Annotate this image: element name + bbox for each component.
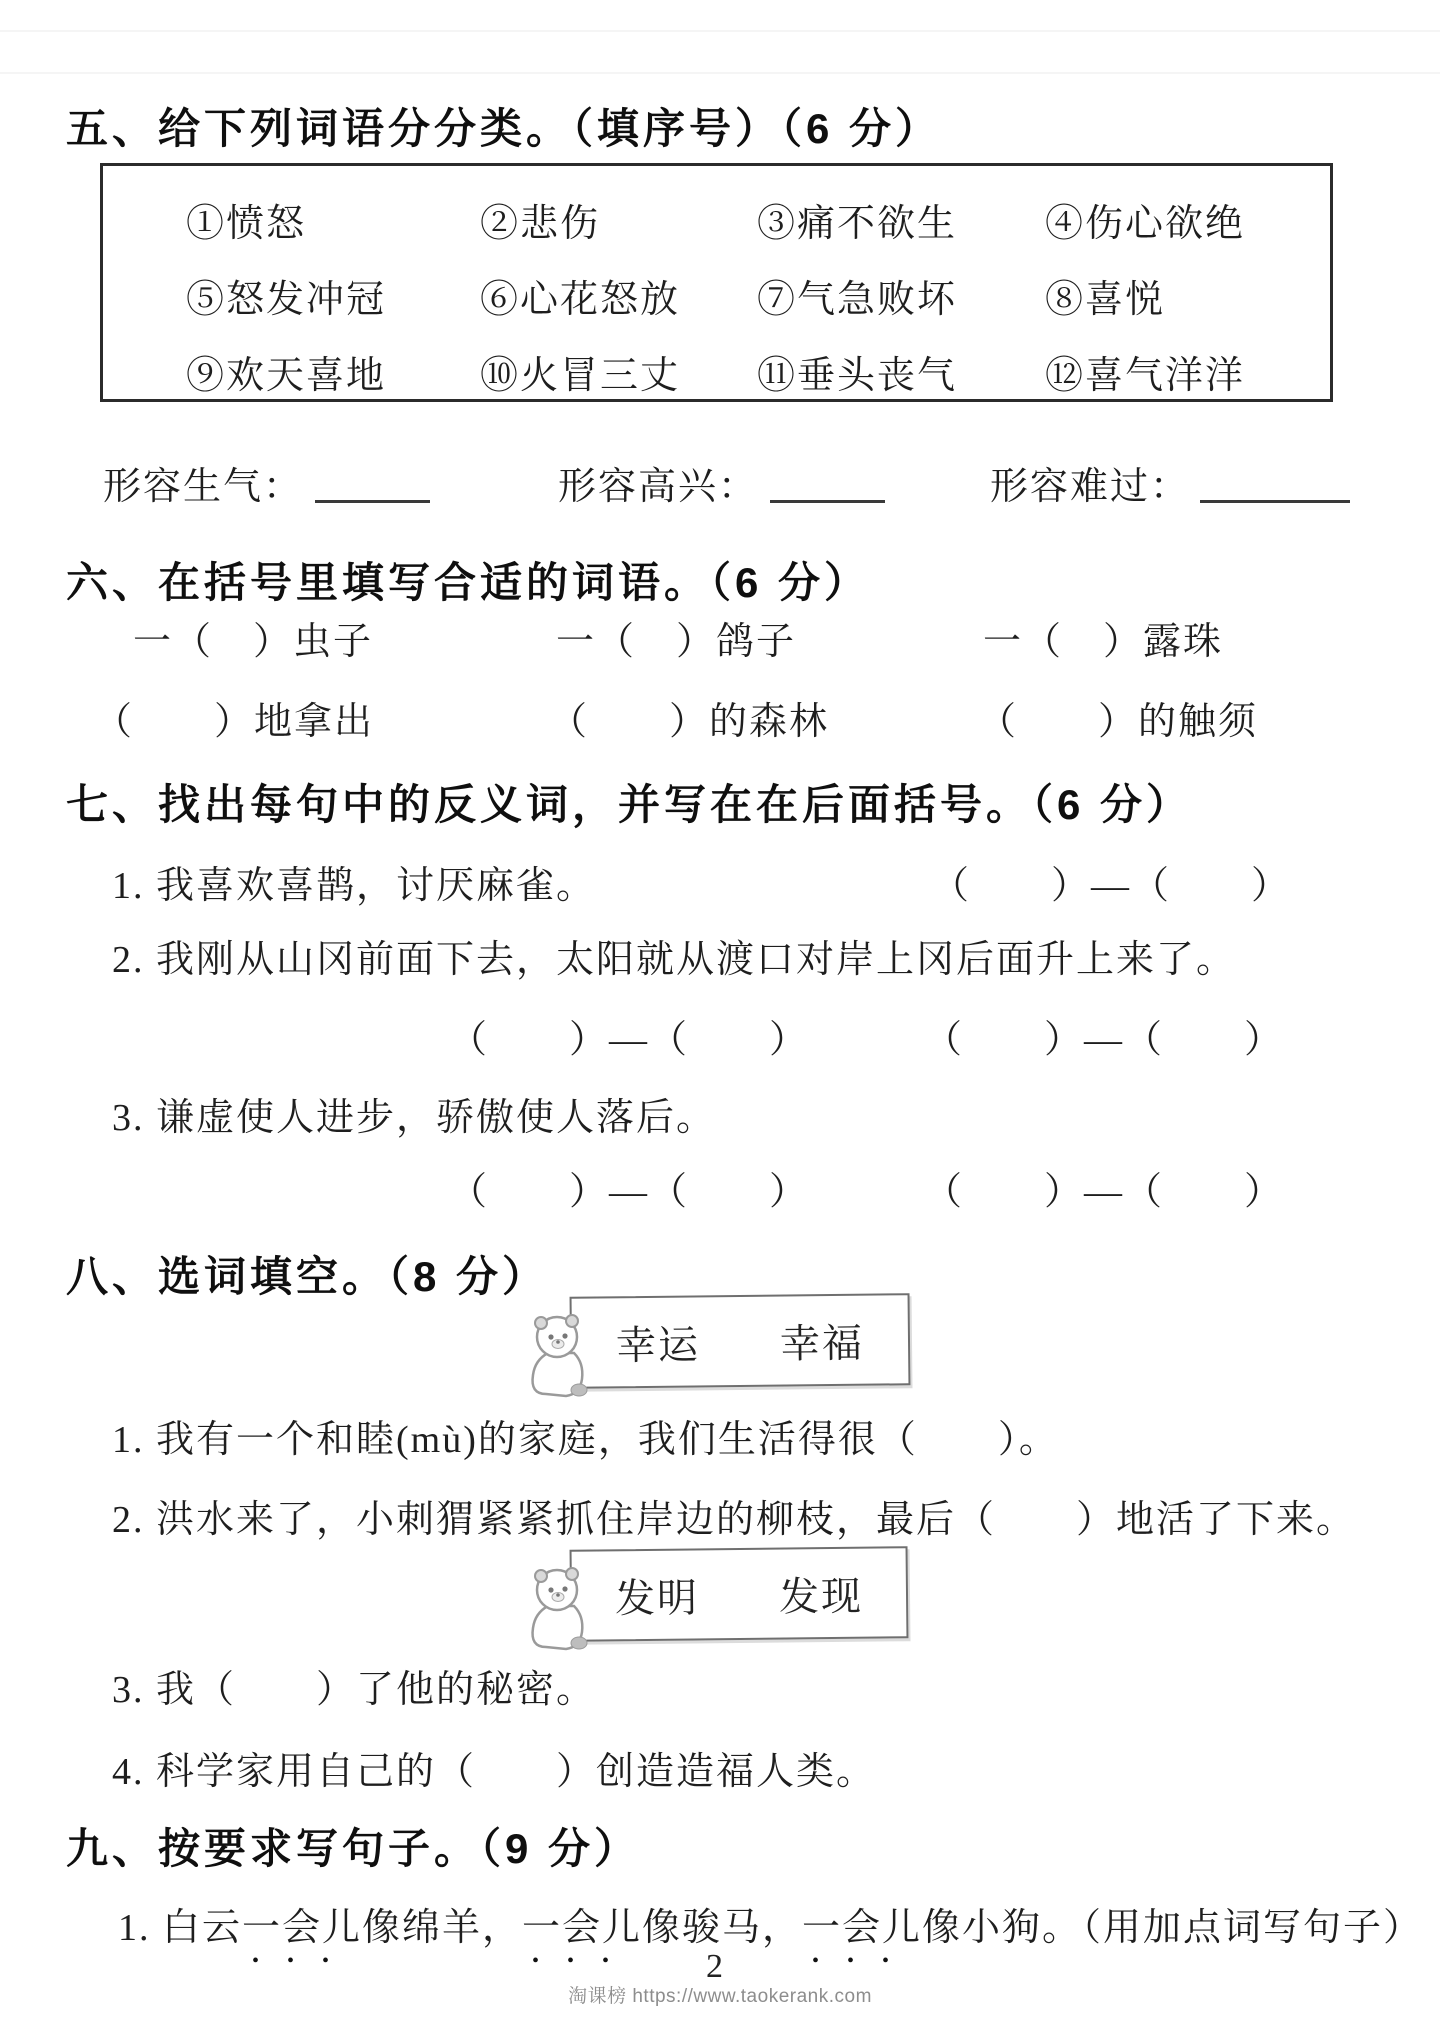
word-choice-box: 幸运 幸福 — [570, 1293, 911, 1389]
word-bank-item: ⑥心花怒放 — [480, 268, 680, 323]
word-bank-item: ②悲伤 — [480, 192, 600, 247]
scan-artifact-line — [0, 30, 1440, 32]
word-bank-item: ⑫喜气洋洋 — [1045, 344, 1245, 399]
category-label-sad: 形容难过： — [990, 455, 1190, 510]
word-bank-item: ⑨欢天喜地 — [186, 344, 386, 399]
question-sentence: 1. 我有一个和睦(mù)的家庭，我们生活得很（ ）。 — [112, 1408, 1059, 1463]
question-sentence: 3. 我（ ）了他的秘密。 — [112, 1658, 596, 1713]
word-bank-item: ⑦气急败坏 — [757, 268, 957, 323]
scan-artifact-line — [0, 72, 1440, 74]
word-choice-box: 发明 发现 — [570, 1546, 909, 1642]
section-eight-title: 八、选词填空。（8 分） — [66, 1244, 548, 1304]
word-bank-item: ⑩火冒三丈 — [480, 344, 680, 399]
fill-phrase: （ ）的触须 — [978, 690, 1258, 745]
antonym-brackets: （ ）—（ ） — [449, 1160, 809, 1215]
category-label-angry: 形容生气： — [103, 455, 303, 510]
section-seven-title: 七、找出每句中的反义词，并写在在后面括号。（6 分） — [66, 772, 1192, 832]
answer-blank — [1200, 498, 1350, 503]
question-sentence: 4. 科学家用自己的（ ）创造造福人类。 — [112, 1740, 876, 1795]
emphasis-dots: • • • — [812, 1944, 893, 1973]
choice-word: 发现 — [779, 1564, 864, 1622]
emphasis-dots: • • • — [252, 1944, 333, 1973]
worksheet-page: 五、给下列词语分分类。（填序号）（6 分） ①愤怒 ②悲伤 ③痛不欲生 ④伤心欲… — [0, 0, 1440, 2037]
panda-mascot-icon — [524, 1312, 602, 1400]
section-nine-title: 九、按要求写句子。（9 分） — [66, 1816, 640, 1876]
question-sentence: 2. 我刚从山冈前面下去，太阳就从渡口对岸上冈后面升上来了。 — [112, 928, 1236, 983]
fill-phrase: 一（ ）露珠 — [983, 610, 1223, 665]
fill-phrase: 一（ ）鸽子 — [556, 610, 796, 665]
word-bank-item: ③痛不欲生 — [757, 192, 957, 247]
section-five-title: 五、给下列词语分分类。（填序号）（6 分） — [66, 96, 941, 156]
question-sentence: 1. 白云一会儿像绵羊，一会儿像骏马，一会儿像小狗。（用加点词写句子） — [118, 1896, 1423, 1951]
word-bank-item: ⑪垂头丧气 — [757, 344, 957, 399]
question-sentence: 1. 我喜欢喜鹊，讨厌麻雀。 — [112, 854, 596, 909]
answer-blank — [770, 498, 885, 503]
panda-mascot-icon — [524, 1565, 602, 1653]
question-sentence: 2. 洪水来了，小刺猬紧紧抓住岸边的柳枝，最后（ ）地活了下来。 — [112, 1488, 1356, 1543]
page-number: 2 — [706, 1948, 723, 1986]
antonym-brackets: （ ）—（ ） — [924, 1008, 1284, 1063]
antonym-brackets: （ ）—（ ） — [931, 854, 1291, 909]
section-six-title: 六、在括号里填写合适的词语。（6 分） — [66, 550, 870, 610]
emphasis-dots: • • • — [532, 1944, 613, 1973]
choice-word: 幸运 — [616, 1313, 701, 1371]
word-bank-item: ①愤怒 — [186, 192, 306, 247]
word-bank-item: ⑧喜悦 — [1045, 268, 1165, 323]
choice-word: 发明 — [615, 1566, 700, 1624]
choice-word: 幸福 — [780, 1311, 865, 1369]
word-bank-item: ④伤心欲绝 — [1045, 192, 1245, 247]
fill-phrase: 一（ ）虫子 — [133, 610, 373, 665]
fill-phrase: （ ）地拿出 — [94, 690, 374, 745]
answer-blank — [315, 498, 430, 503]
antonym-brackets: （ ）—（ ） — [449, 1008, 809, 1063]
question-sentence: 3. 谦虚使人进步，骄傲使人落后。 — [112, 1086, 716, 1141]
category-label-happy: 形容高兴： — [558, 455, 758, 510]
fill-phrase: （ ）的森林 — [549, 690, 829, 745]
word-bank-item: ⑤怒发冲冠 — [186, 268, 386, 323]
antonym-brackets: （ ）—（ ） — [924, 1160, 1284, 1215]
